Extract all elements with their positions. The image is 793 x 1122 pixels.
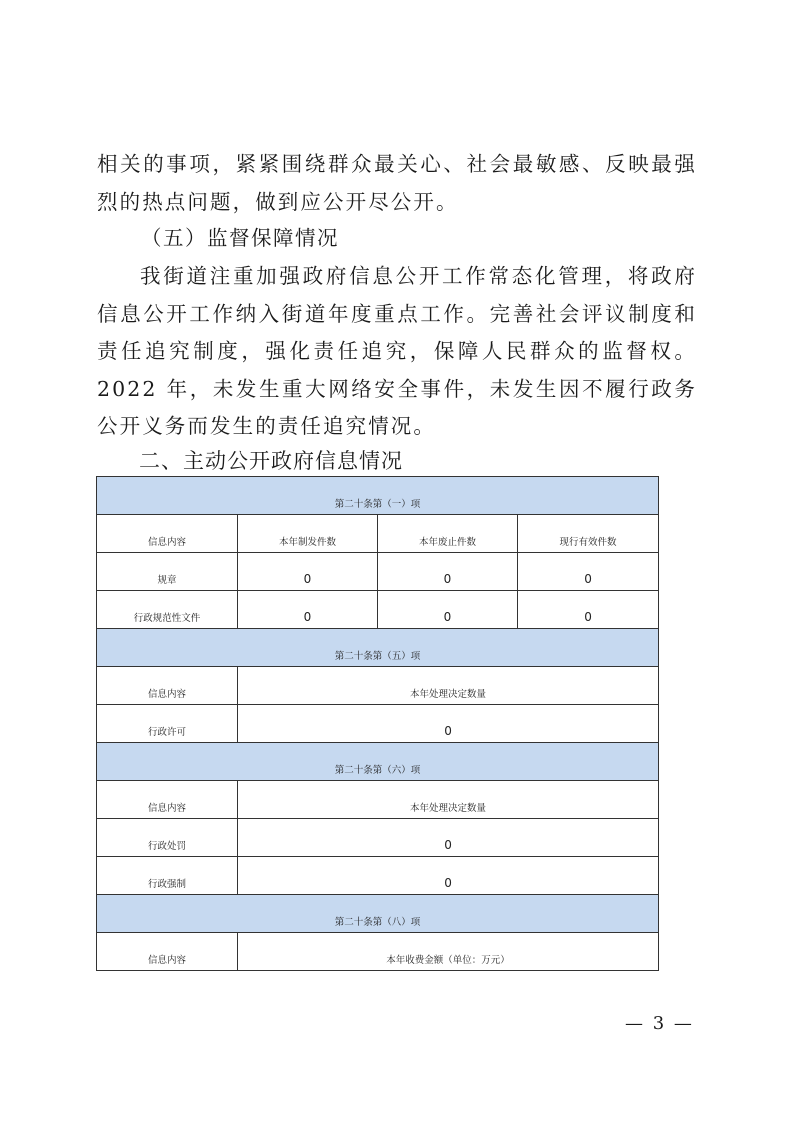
value-cell: 0 [238, 705, 659, 743]
value-cell: 0 [238, 819, 659, 857]
row-label: 行政规范性文件 [97, 591, 238, 629]
header-cell: 本年制发件数 [238, 515, 378, 553]
table-row: 行政强制 0 [97, 857, 659, 895]
value-cell: 0 [378, 591, 518, 629]
value-cell: 0 [238, 857, 659, 895]
header-cell: 信息内容 [97, 781, 238, 819]
row-label: 行政强制 [97, 857, 238, 895]
header-cell: 信息内容 [97, 667, 238, 705]
table-row: 行政处罚 0 [97, 819, 659, 857]
section-heading: 二、主动公开政府信息情况 [139, 446, 403, 476]
header-cell: 信息内容 [97, 933, 238, 971]
header-cell: 现行有效件数 [518, 515, 659, 553]
paragraph-supervision: 我街道注重加强政府信息公开工作常态化管理，将政府信息公开工作纳入街道年度重点工作… [97, 258, 697, 446]
value-cell: 0 [238, 591, 378, 629]
section-title: 第二十条第（六）项 [97, 743, 659, 781]
row-label: 规章 [97, 553, 238, 591]
value-cell: 0 [518, 591, 659, 629]
section-title: 第二十条第（一）项 [97, 477, 659, 515]
header-cell: 本年处理决定数量 [238, 667, 659, 705]
header-cell: 信息内容 [97, 515, 238, 553]
header-cell: 本年处理决定数量 [238, 781, 659, 819]
value-cell: 0 [378, 553, 518, 591]
table-row: 行政许可 0 [97, 705, 659, 743]
table-row: 规章 0 0 0 [97, 553, 659, 591]
section-title: 第二十条第（八）项 [97, 895, 659, 933]
page-number: — 3 — [625, 1013, 694, 1034]
header-cell: 本年收费金额（单位：万元） [238, 933, 659, 971]
section-title: 第二十条第（五）项 [97, 629, 659, 667]
value-cell: 0 [238, 553, 378, 591]
row-label: 行政处罚 [97, 819, 238, 857]
disclosure-table: 第二十条第（一）项 信息内容 本年制发件数 本年废止件数 现行有效件数 规章 0… [96, 476, 659, 971]
document-page: 相关的事项，紧紧围绕群众最关心、社会最敏感、反映最强烈的热点问题，做到应公开尽公… [0, 0, 793, 1122]
row-label: 行政许可 [97, 705, 238, 743]
paragraph-continuation: 相关的事项，紧紧围绕群众最关心、社会最敏感、反映最强烈的热点问题，做到应公开尽公… [97, 146, 697, 221]
subheading-supervision: （五）监督保障情况 [141, 223, 339, 253]
table-row: 行政规范性文件 0 0 0 [97, 591, 659, 629]
header-cell: 本年废止件数 [378, 515, 518, 553]
value-cell: 0 [518, 553, 659, 591]
